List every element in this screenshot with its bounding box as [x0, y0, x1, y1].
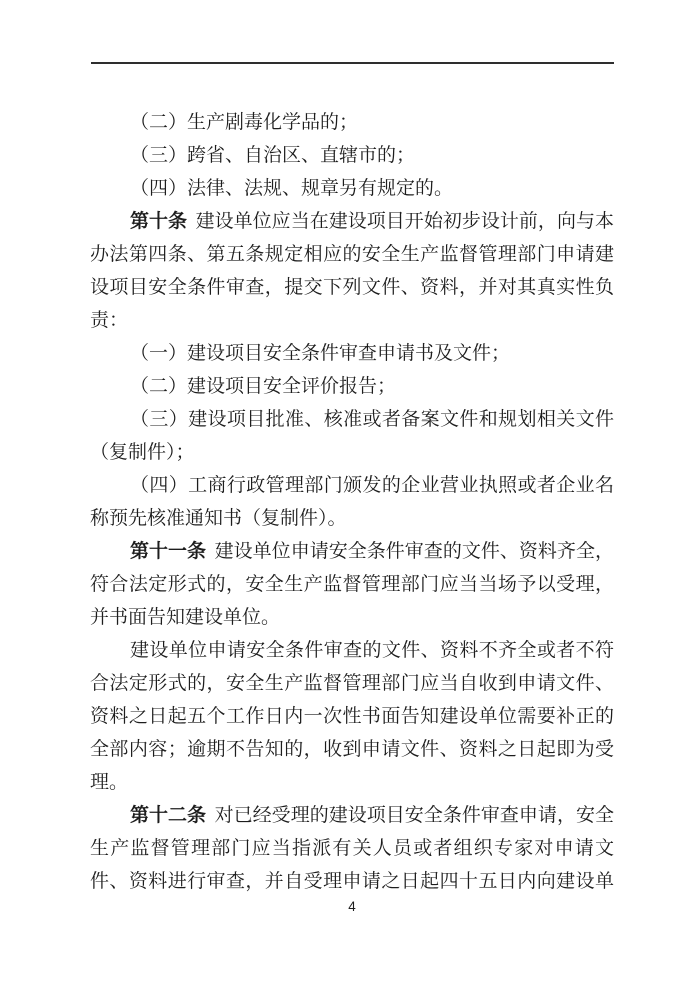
- text-line-17: 建设单位申请安全条件审查的文件、资料不齐全或者不符: [90, 634, 614, 667]
- text-line-18: 合法定形式的，安全生产监督管理部门应当自收到申请文件、: [90, 667, 614, 700]
- text-line-24: 件、资料进行审查，并自受理申请之日起四十五日内向建设单: [90, 865, 614, 898]
- text-line-11: （复制件）；: [90, 436, 614, 469]
- page-number: 4: [90, 896, 614, 918]
- text-line-1: （二）生产剧毒化学品的；: [90, 106, 614, 139]
- text-line-22: 第十二条对已经受理的建设项目安全条件审查申请，安全: [90, 799, 614, 832]
- document-page: （二）生产剧毒化学品的； （三）跨省、自治区、直辖市的； （四）法律、法规、规章…: [0, 0, 700, 990]
- text-line-15: 符合法定形式的，安全生产监督管理部门应当当场予以受理，: [90, 568, 614, 601]
- article-number-10: 第十条: [130, 211, 187, 232]
- text-line-19: 资料之日起五个工作日内一次性书面告知建设单位需要补正的: [90, 700, 614, 733]
- text-line-20: 全部内容；逾期不告知的，收到申请文件、资料之日起即为受: [90, 733, 614, 766]
- text-line-7: 责：: [90, 304, 614, 337]
- text-line-2: （三）跨省、自治区、直辖市的；: [90, 139, 614, 172]
- text-line-5: 办法第四条、第五条规定相应的安全生产监督管理部门申请建: [90, 238, 614, 271]
- text-line-9: （二）建设项目安全评价报告；: [90, 370, 614, 403]
- text-line-10: （三）建设项目批准、核准或者备案文件和规划相关文件: [90, 403, 614, 436]
- article-number-11: 第十一条: [130, 541, 206, 562]
- text-line-21: 理。: [90, 766, 614, 799]
- text-line-6: 设项目安全条件审查，提交下列文件、资料，并对其真实性负: [90, 271, 614, 304]
- line-text: 建设单位申请安全条件审查的文件、资料齐全，: [215, 541, 614, 562]
- article-number-12: 第十二条: [130, 805, 206, 826]
- text-line-4: 第十条建设单位应当在建设项目开始初步设计前，向与本: [90, 205, 614, 238]
- text-line-14: 第十一条建设单位申请安全条件审查的文件、资料齐全，: [90, 535, 614, 568]
- text-line-3: （四）法律、法规、规章另有规定的。: [90, 172, 614, 205]
- line-text: 建设单位应当在建设项目开始初步设计前，向与本: [196, 211, 614, 232]
- text-line-8: （一）建设项目安全条件审查申请书及文件；: [90, 337, 614, 370]
- header-rule: [91, 62, 614, 64]
- text-line-23: 生产监督管理部门应当指派有关人员或者组织专家对申请文: [90, 832, 614, 865]
- text-line-13: 称预先核准通知书（复制件）。: [90, 502, 614, 535]
- text-line-12: （四）工商行政管理部门颁发的企业营业执照或者企业名: [90, 469, 614, 502]
- text-line-16: 并书面告知建设单位。: [90, 601, 614, 634]
- document-body: （二）生产剧毒化学品的； （三）跨省、自治区、直辖市的； （四）法律、法规、规章…: [90, 106, 614, 898]
- line-text: 对已经受理的建设项目安全条件审查申请，安全: [215, 805, 614, 826]
